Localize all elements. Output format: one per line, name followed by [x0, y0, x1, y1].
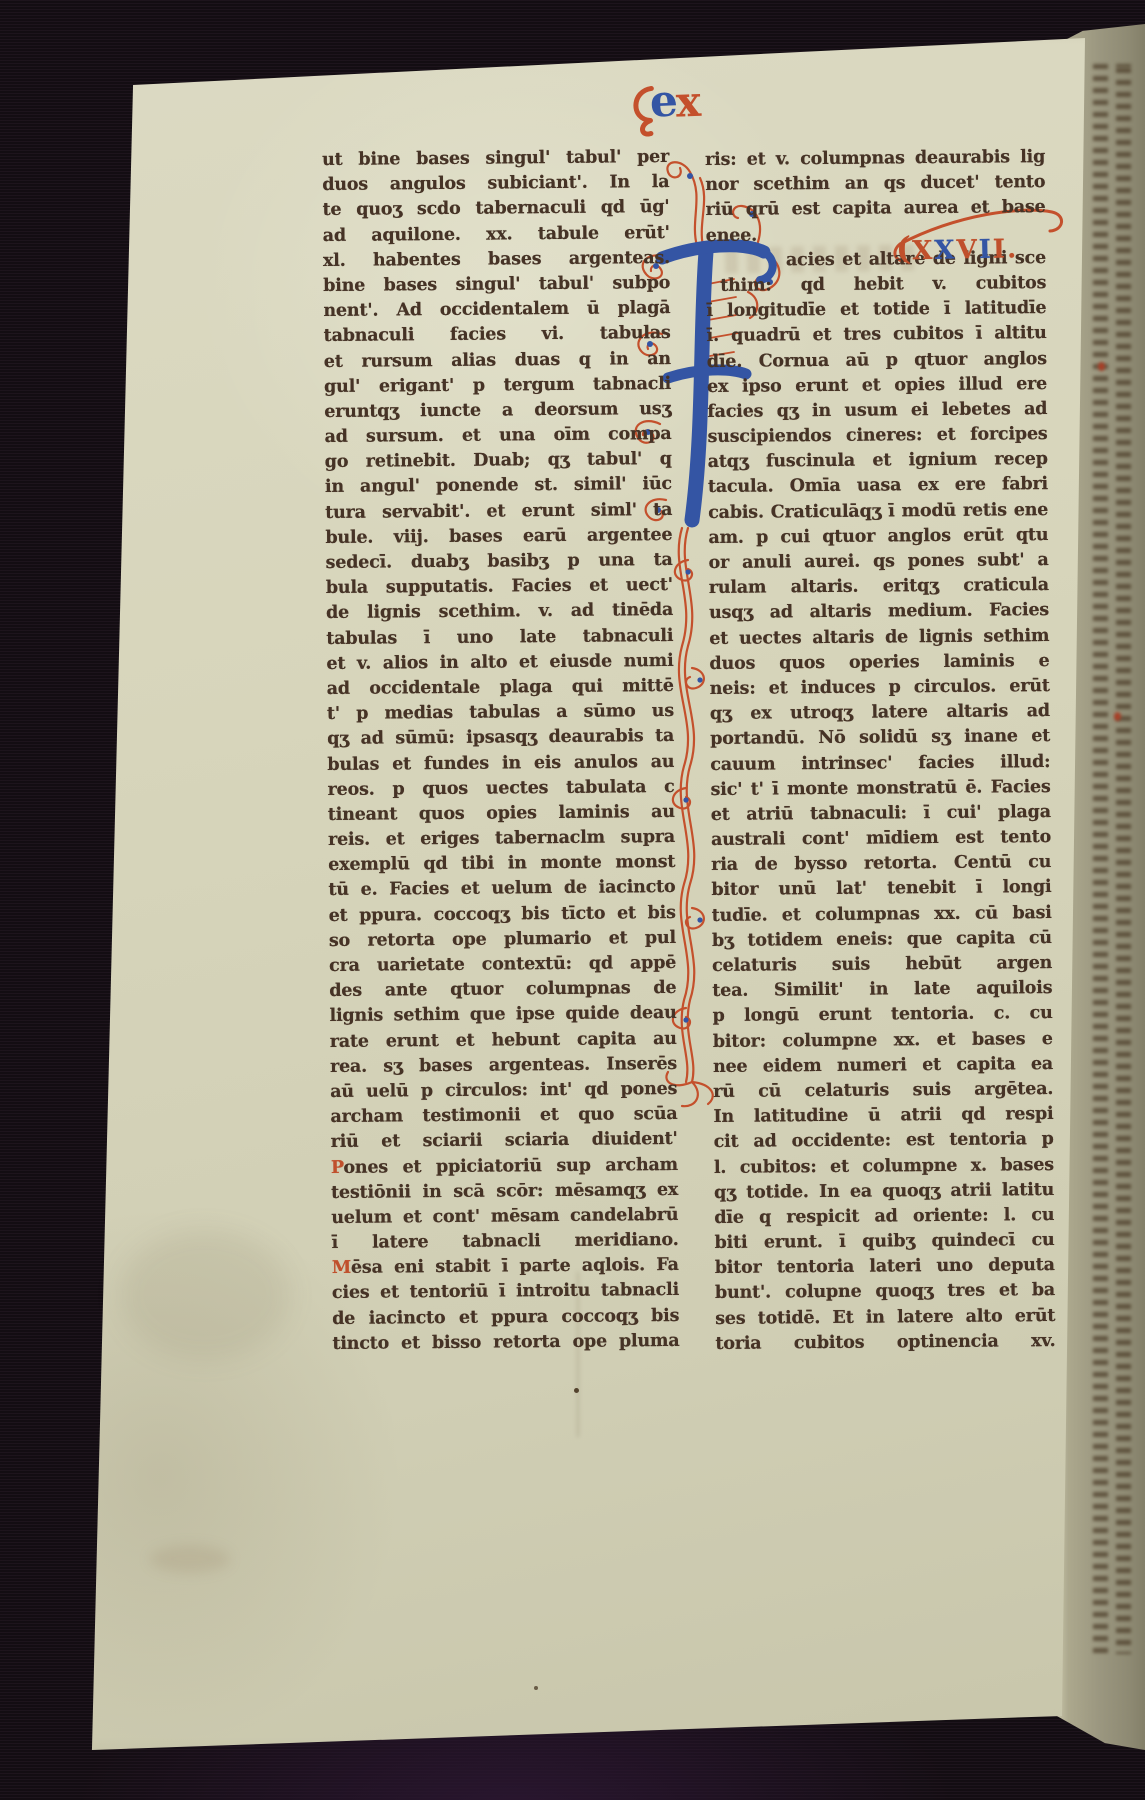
text-line: bule. viij. bases earū argentee: [325, 523, 672, 551]
text-line: qʒ ex utroqʒ latere altaris ad: [710, 699, 1050, 727]
fore-edge-red-mark: [1114, 712, 1121, 721]
text-line: cabis. Craticulāqʒ ī modū retis ene: [708, 498, 1048, 526]
text-line: tabulas ī uno late tabnaculi: [326, 624, 673, 652]
rubricated-initial: P: [331, 1157, 344, 1177]
chapter-numeral-char: I: [993, 235, 1008, 265]
text-line: duos angulos subiciant'. In la: [322, 170, 669, 198]
text-line: duos quos operies laminis e: [709, 649, 1049, 677]
text-line: so retorta ope plumario et pul: [329, 926, 676, 954]
text-line: Pones et ppiciatoriū sup archam: [331, 1152, 678, 1180]
chapter-numeral-suffix: .: [1007, 234, 1019, 264]
text-line: et ppura. coccoqʒ bis tīcto et bis: [329, 901, 676, 929]
text-line: nee eidem numeri et capita ea: [713, 1052, 1053, 1080]
text-line: l. cubitos: et columpne x. bases: [714, 1152, 1054, 1180]
chapter-numeral-char: X: [934, 235, 957, 265]
text-line: eruntqʒ iuncte a deorsum usʒ: [324, 397, 671, 425]
text-line: cauum intrinsec' facies illud:: [710, 750, 1050, 778]
text-line: dīe q respicit ad oriente: l. cu: [714, 1203, 1054, 1231]
text-line: rū cū celaturis suis argētea.: [713, 1077, 1053, 1105]
text-line: t' p medias tabulas a sūmo us: [327, 699, 674, 727]
running-header: e x: [627, 77, 702, 138]
text-line: sedecī. duabʒ basibʒ p una ta: [326, 548, 673, 576]
text-line: bitor unū lat' tenebit ī longi: [711, 875, 1051, 903]
text-line: testiōnii in scā scōr: mēsamqʒ ex: [331, 1178, 678, 1206]
text-line: Mēsa eni stabit ī parte aqlois. Fa: [332, 1253, 679, 1281]
text-line: tabnaculi facies vi. tabulas: [324, 321, 671, 349]
text-line: or anuli aurei. qs pones subt' a: [709, 548, 1049, 576]
text-line: aū uelū p circulos: int' qd pones: [330, 1077, 677, 1105]
text-line: ad occidentale plaga qui mittē: [327, 674, 674, 702]
text-line: cies et tentoriū ī introitu tabnacli: [332, 1278, 679, 1306]
text-line: uelum et cont' mēsam candelabrū: [331, 1203, 678, 1231]
text-line: dīe. Cornua aū p qtuor anglos: [707, 347, 1047, 375]
photograph-backdrop: e x (XXVII. ut bine bases singul' tabul'…: [0, 0, 1145, 1800]
rubricated-initial: M: [332, 1258, 351, 1278]
text-line: ut bine bases singul' tabul' per: [322, 145, 669, 173]
text-line: p longū erunt tentoria. c. cu: [712, 1001, 1052, 1029]
text-line: te quoʒ scdo tabernaculi qd ūg': [322, 195, 669, 223]
text-line: in angul' ponende st. simil' iūc: [325, 472, 672, 500]
text-line: riū et sciarii sciaria diuident': [331, 1127, 678, 1155]
chapter-number: (XXVII.: [896, 230, 1067, 267]
text-line: tacula. Omīa uasa ex ere fabri: [708, 472, 1048, 500]
text-line: exemplū qd tibi in monte monst: [328, 850, 675, 878]
header-letter-e: e: [649, 78, 679, 127]
text-line: et uectes altaris de lignis sethim: [709, 624, 1049, 652]
text-line: portandū. Nō solidū sʒ inane et: [710, 724, 1050, 752]
text-line: et rursum alias duas q in an: [324, 346, 671, 374]
text-line: am. p cui qtuor anglos erūt qtu: [708, 523, 1048, 551]
text-line: australi cont' mīdiem est tento: [711, 825, 1051, 853]
text-line: tineant quos opies laminis au: [328, 800, 675, 828]
text-line: ad aquilone. xx. tabule erūt': [323, 221, 670, 249]
text-line: ī latere tabnacli meridiano.: [331, 1228, 678, 1256]
text-line: usqʒ ad altaris medium. Facies: [709, 598, 1049, 626]
chapter-numeral-char: X: [912, 236, 935, 266]
chapter-bracket: (: [896, 232, 912, 264]
text-line: ad sursum. et una oīm compa: [324, 422, 671, 450]
text-line: qʒ ad sūmū: ipsasqʒ deaurabis ta: [327, 724, 674, 752]
text-line: biti erunt. ī quibʒ quindecī cu: [714, 1228, 1054, 1256]
text-line: ria de bysso retorta. Centū cu: [711, 850, 1051, 878]
fore-edge-text-column: [1093, 64, 1108, 1654]
text-line: lignis sethim que ipse quide deau: [329, 1001, 676, 1029]
text-line: go retinebit. Duab; qʒ tabul' q: [325, 447, 672, 475]
text-line: sic' t' ī monte monstratū ē. Facies: [710, 775, 1050, 803]
text-line: ī longitudīe et totide ī latitudīe: [706, 296, 1046, 324]
text-line: bulas et fundes in eis anulos au: [327, 749, 674, 777]
text-column-right: ris: et v. columpnas deaurabis lignor sc…: [705, 145, 1056, 1357]
text-line: thim: qd hebit v. cubitos: [706, 271, 1046, 299]
text-line: bunt'. colupne quoqʒ tres et ba: [715, 1278, 1055, 1306]
fore-edge-text-column: [1116, 64, 1131, 1654]
text-line: tū e. Facies et uelum de iacincto: [328, 875, 675, 903]
text-line: ses totidē. Et in latere alto erūt: [715, 1304, 1055, 1332]
text-line: reis. et eriges tabernaclm supra: [328, 825, 675, 853]
text-line: et v. alios in alto et eiusde numi: [326, 649, 673, 677]
text-line: archam testimonii et quo scūa: [330, 1102, 677, 1130]
text-line: neis: et induces p circulos. erūt: [710, 674, 1050, 702]
text-line: ex ipso erunt et opies illud ere: [707, 372, 1047, 400]
fore-edge-red-mark: [1098, 362, 1105, 371]
text-line: facies qʒ in usum ei lebetes ad: [707, 397, 1047, 425]
text-line: xl. habentes bases argenteas.: [323, 246, 670, 274]
text-line: suscipiendos cineres: et forcipes: [707, 422, 1047, 450]
text-column-left: ut bine bases singul' tabul' perduos ang…: [322, 145, 680, 1357]
text-line: rea. sʒ bases argenteas. Inserēs: [330, 1052, 677, 1080]
chapter-numeral-char: V: [956, 235, 979, 265]
text-line: celaturis suis hebūt argen: [712, 951, 1052, 979]
text-line: de iacincto et ppura coccoqʒ bis: [332, 1304, 679, 1332]
text-line: tudīe. et columpnas xx. cū basi: [712, 901, 1052, 929]
text-line: tincto et bisso retorta ope pluma: [332, 1329, 679, 1357]
text-line: toria cubitos optinencia xv.: [715, 1329, 1055, 1357]
text-line: qʒ totide. In ea quoqʒ atrii latitu: [714, 1178, 1054, 1206]
text-line: et atriū tabnaculi: ī cui' plaga: [711, 800, 1051, 828]
chapter-numeral-char: I: [978, 235, 993, 265]
text-line: nor scethim an qs ducet' tento: [705, 170, 1045, 198]
text-line: In latitudine ū atrii qd respi: [713, 1102, 1053, 1130]
text-line: bitor: columpne xx. et bases e: [713, 1027, 1053, 1055]
text-line: riū qrū est capita aurea et base: [705, 195, 1045, 223]
text-line: bʒ totidem eneis: que capita cū: [712, 926, 1052, 954]
header-letter-x: x: [675, 77, 702, 128]
text-line: des ante qtuor columpnas de: [329, 976, 676, 1004]
text-line: de lignis scethim. v. ad tinēda: [326, 598, 673, 626]
text-line: bine bases singul' tabul' subpo: [323, 271, 670, 299]
text-line: cra uarietate contextū: qd appē: [329, 951, 676, 979]
text-line: ris: et v. columpnas deaurabis lig: [705, 145, 1045, 173]
text-line: tea. Similit' in late aquilois: [712, 976, 1052, 1004]
text-line: cit ad occidente: est tentoria p: [714, 1127, 1054, 1155]
text-line: atqʒ fuscinula et ignium recep: [708, 447, 1048, 475]
text-line: rate erunt et hebunt capita au: [330, 1027, 677, 1055]
text-line: gul' erigant' p tergum tabnacli: [324, 372, 671, 400]
text-line: ī. quadrū et tres cubitos ī altitu: [707, 321, 1047, 349]
text-line: bitor tentoria lateri uno deputa: [715, 1253, 1055, 1281]
text-line: reos. p quos uectes tabulata c: [327, 775, 674, 803]
text-line: bula supputatis. Facies et uect': [326, 573, 673, 601]
text-line: nent'. Ad occidentalem ū plagā: [323, 296, 670, 324]
text-line: rulam altaris. eritqʒ craticula: [709, 573, 1049, 601]
text-line: tura servabit'. et erunt siml' ta: [325, 498, 672, 526]
